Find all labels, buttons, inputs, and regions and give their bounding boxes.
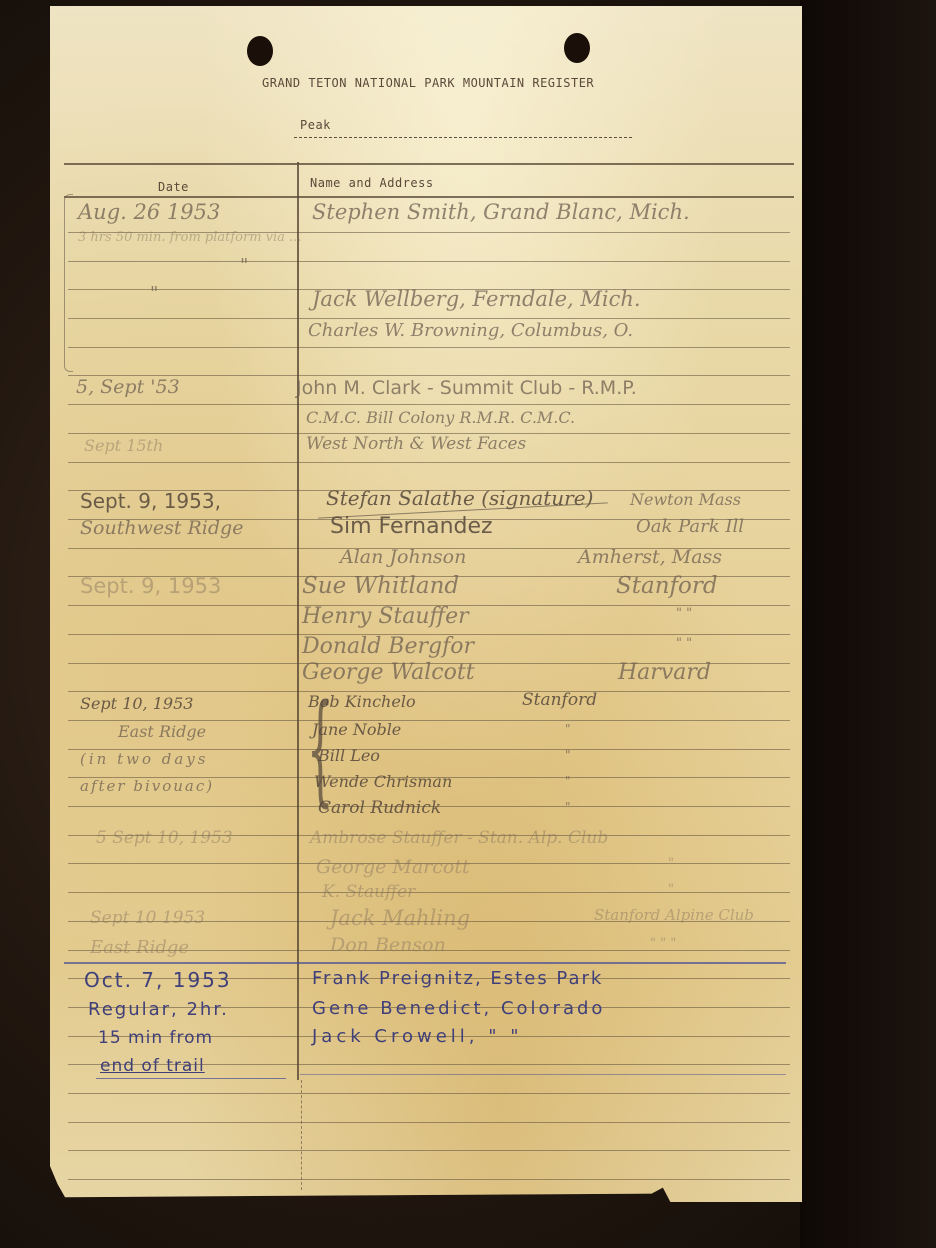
entry-7-time: 15 min from [98, 1028, 213, 1048]
entry-7-note: end of trail [100, 1056, 205, 1076]
entry-5-name-3: Bill Leo [318, 746, 380, 765]
entry-3-name-3: Alan Johnson [340, 546, 466, 568]
ruled-line [68, 404, 790, 405]
column-divider [297, 162, 299, 1080]
entry-1-bracket [64, 194, 73, 372]
entry-7-date: Oct. 7, 1953 [84, 968, 232, 992]
ruled-line [68, 1179, 790, 1180]
column-divider-lower [301, 1080, 302, 1190]
ruled-line [68, 720, 790, 721]
entry-5-name-4: Wende Chrisman [314, 772, 452, 791]
entry-4-name-3: Donald Bergfor [302, 634, 474, 659]
ruled-line [68, 261, 790, 262]
entry-3-address-1: Newton Mass [630, 490, 741, 509]
entry-5-address-2: " [565, 722, 571, 736]
entry-4-date: Sept. 9, 1953 [80, 574, 221, 598]
ruled-line [68, 347, 790, 348]
entry-3-date: Sept. 9, 1953, [80, 489, 221, 513]
entry-1-name-3: Charles W. Browning, Columbus, O. [308, 320, 633, 341]
entry-4-name-2: Henry Stauffer [302, 604, 469, 629]
ruled-line [68, 1122, 790, 1123]
entry-3-route: Southwest Ridge [80, 517, 243, 539]
entry-6-route: East Ridge [90, 937, 189, 958]
entry-2-date: 5, Sept '53 [76, 376, 180, 398]
entry-2-date-faint: Sept 15th [84, 436, 163, 455]
ruled-line [68, 1093, 790, 1094]
entry-7-bottom-line [300, 1074, 786, 1075]
entry-4-address-3: " " [676, 636, 692, 651]
punch-hole-right [564, 33, 590, 63]
entry-6-date: 5 Sept 10, 1953 [96, 828, 233, 848]
entry-7-name-3: Jack Crowell, " " [312, 1026, 523, 1047]
entry-4-address-1: Stanford [616, 573, 718, 599]
entry-6-name-2: George Marcott [316, 856, 470, 878]
entry-6-date-2: Sept 10 1953 [90, 908, 205, 928]
entry-5-address-4: " [565, 774, 571, 788]
entry-5-address-5: " [565, 800, 571, 814]
entry-6-address-2: " [668, 856, 674, 871]
entry-2-name-2: C.M.C. Bill Colony R.M.R. C.M.C. [306, 408, 575, 427]
entry-6-name-1: Ambrose Stauffer - Stan. Alp. Club [310, 828, 608, 848]
background-shadow [800, 0, 936, 1248]
peak-label: Peak [300, 118, 331, 132]
column-header-name-address: Name and Address [310, 176, 434, 190]
entry-2-route: West North & West Faces [306, 434, 526, 454]
peak-blank-line [294, 137, 632, 138]
entry-3-address-3: Amherst, Mass [578, 546, 722, 568]
entry-4-address-2: " " [676, 606, 692, 621]
entry-5-route: East Ridge [118, 722, 206, 741]
ruled-line [68, 691, 790, 692]
entry-5-address-3: " [565, 748, 571, 762]
entry-6-address-3: " [668, 882, 674, 897]
entry-1-ditto-2: " [150, 283, 158, 304]
entry-5-note-1: (in two days [80, 750, 208, 768]
entry-1-date-note: 3 hrs 50 min. from platform via ... [78, 230, 301, 245]
entry-5-name-5: Carol Rudnick [318, 798, 441, 818]
entry-3-name-1: Stefan Salathe (signature) [326, 486, 593, 510]
entry-5-date: Sept 10, 1953 [80, 694, 193, 713]
entry-7-underline [96, 1078, 286, 1079]
entry-1-name-1: Stephen Smith, Grand Blanc, Mich. [312, 200, 690, 224]
entry-7-name-1: Frank Preignitz, Estes Park [312, 968, 603, 989]
ruled-line [68, 462, 790, 463]
entry-4-address-4: Harvard [618, 660, 711, 685]
punch-hole-left [247, 36, 273, 66]
entry-6-name-5: Don Benson [330, 934, 446, 956]
entry-6-name-4: Jack Mahling [330, 906, 470, 930]
entry-7-name-2: Gene Benedict, Colorado [312, 998, 605, 1019]
entry-6-address-4: Stanford Alpine Club [594, 906, 754, 924]
entry-1-ditto-1: " [240, 255, 248, 276]
entry-1-date: Aug. 26 1953 [78, 200, 220, 224]
ruled-line [68, 1150, 790, 1151]
ruled-line [64, 196, 794, 198]
entry-5-address-1: Stanford [522, 690, 597, 710]
entry-2-name-1: John M. Clark - Summit Club - R.M.P. [296, 377, 637, 399]
entry-6-address-5: " " " [650, 936, 676, 951]
ruled-line [68, 318, 790, 319]
register-title: GRAND TETON NATIONAL PARK MOUNTAIN REGIS… [262, 76, 594, 90]
entry-5-name-1: Bob Kinchelo [308, 692, 416, 711]
entry-3-name-2: Sim Fernandez [330, 514, 493, 539]
entry-6-name-3: K. Stauffer [322, 882, 415, 902]
column-header-date: Date [158, 180, 189, 194]
entry-7-route: Regular, 2hr. [88, 999, 229, 1020]
entry-4-name-1: Sue Whitland [302, 573, 459, 599]
ruled-line [68, 892, 790, 893]
entry-5-name-2: Jane Noble [312, 720, 401, 739]
entry-5-note-2: after bivouac) [80, 777, 214, 795]
entry-1-name-2: Jack Wellberg, Ferndale, Mich. [312, 287, 641, 311]
ruled-line [64, 163, 794, 165]
entry-3-address-2: Oak Park Ill [636, 516, 744, 537]
entry-7-top-line [64, 962, 786, 964]
